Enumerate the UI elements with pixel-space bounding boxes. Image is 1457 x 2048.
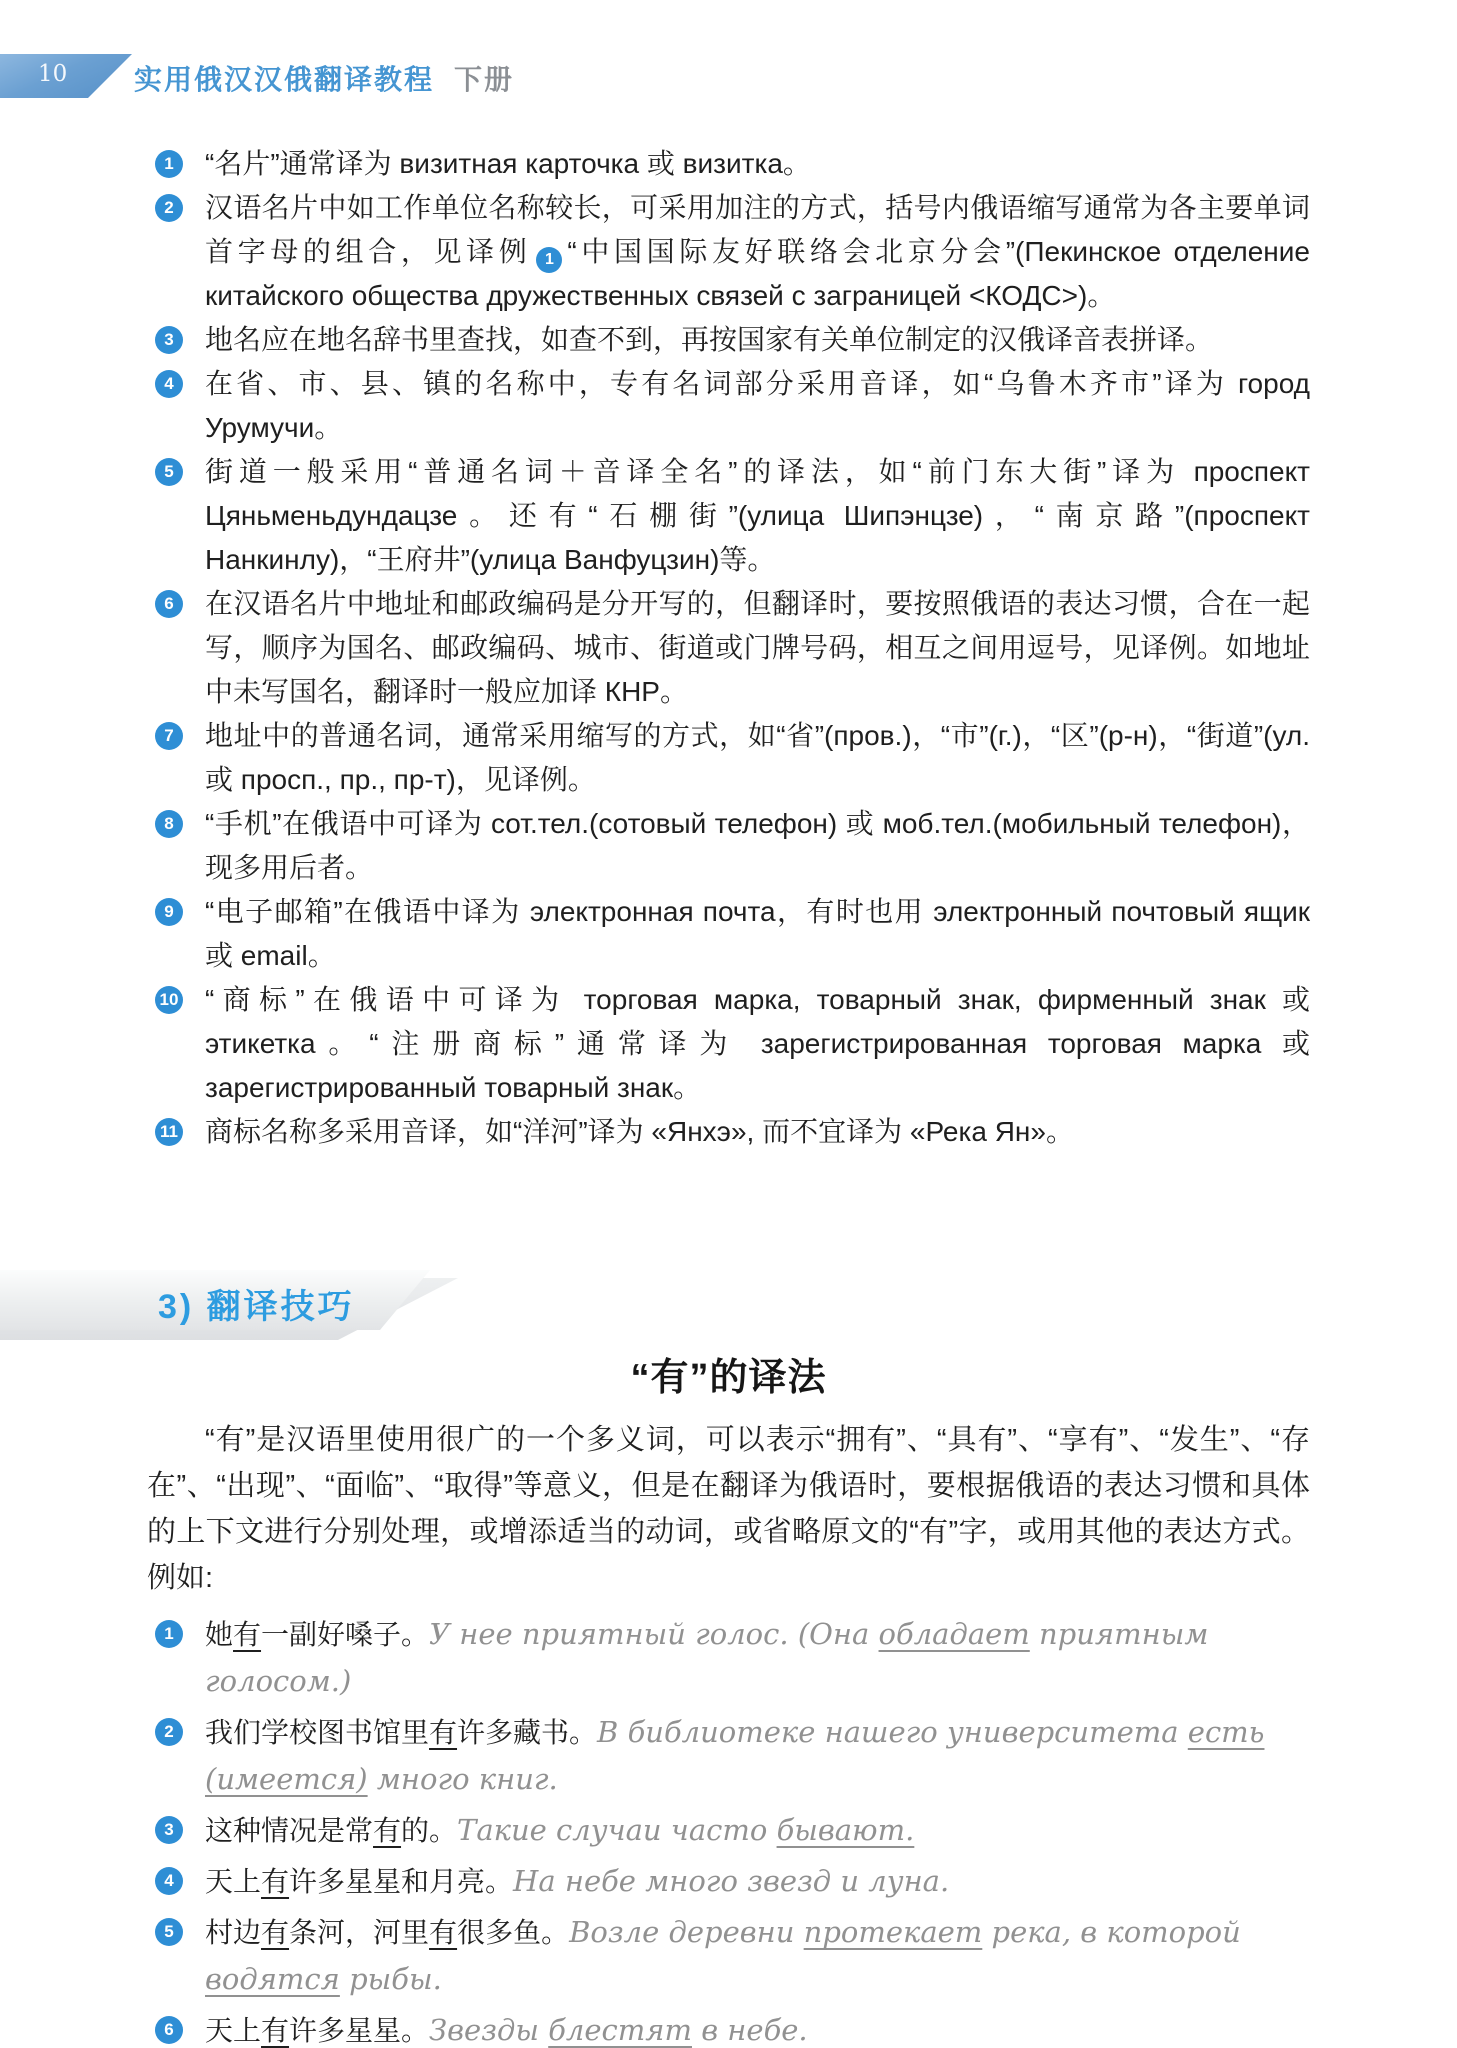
text-segment: 有 bbox=[429, 1917, 457, 1948]
text-segment: 一副好嗓子。 bbox=[261, 1619, 429, 1650]
notes-list: 1 “名片”通常译为 визитная карточка 或 визитка。 … bbox=[147, 142, 1310, 1154]
text-segment: У нее приятный голос. (Она bbox=[429, 1617, 878, 1651]
item-number-badge: 8 bbox=[155, 810, 183, 838]
text-segment: “商标”在俄语中可译为 торговая марка, товарный зна… bbox=[205, 984, 1310, 1103]
text-segment: 村边 bbox=[205, 1917, 261, 1948]
text-segment: 地名应在地名辞书里查找，如查不到，再按国家有关单位制定的汉俄译音表拼译。 bbox=[205, 324, 1213, 355]
item-text: 街道一般采用“普通名词＋音译全名”的译法，如“前门东大街”译为 проспект… bbox=[205, 456, 1310, 575]
volume-label: 下册 bbox=[454, 64, 514, 95]
text-segment: 很多鱼。 bbox=[457, 1917, 569, 1948]
text-segment: есть bbox=[1188, 1715, 1265, 1749]
item-number-badge: 3 bbox=[155, 1816, 183, 1844]
item-text: 天上有许多星星。Звезды блестят в небе. bbox=[205, 2015, 808, 2046]
item-number-badge: 10 bbox=[155, 986, 183, 1014]
list-item: 3 地名应在地名辞书里查找，如查不到，再按国家有关单位制定的汉俄译音表拼译。 bbox=[147, 318, 1310, 362]
text-segment: река, в которой bbox=[982, 1915, 1241, 1949]
text-segment: 我们学校图书馆里 bbox=[205, 1717, 429, 1748]
item-number-badge: 1 bbox=[155, 150, 183, 178]
text-segment: 商标名称多采用音译，如“洋河”译为 «Янхэ», 而不宜译为 «Река Ян… bbox=[205, 1116, 1074, 1147]
text-segment: На небе много звезд и луна. bbox=[513, 1864, 949, 1898]
text-segment: “名片”通常译为 визитная карточка 或 визитка。 bbox=[205, 148, 811, 179]
text-segment: 天上 bbox=[205, 1866, 261, 1897]
item-number-badge: 5 bbox=[155, 1918, 183, 1946]
text-segment: 条河，河里 bbox=[289, 1917, 429, 1948]
text-segment: “手机”在俄语中可译为 сот.тел.(сотовый телефон) 或 … bbox=[205, 808, 1310, 883]
item-text: “手机”在俄语中可译为 сот.тел.(сотовый телефон) 或 … bbox=[205, 808, 1310, 883]
text-segment: 有 bbox=[261, 1866, 289, 1897]
list-item: 6 在汉语名片中地址和邮政编码是分开写的，但翻译时，要按照俄语的表达习惯，合在一… bbox=[147, 582, 1310, 714]
item-number-badge: 6 bbox=[155, 2016, 183, 2044]
intro-paragraph: “有”是汉语里使用很广的一个多义词，可以表示“拥有”、“具有”、“享有”、“发生… bbox=[147, 1417, 1310, 1601]
list-item: 11 商标名称多采用音译，如“洋河”译为 «Янхэ», 而不宜译为 «Река… bbox=[147, 1110, 1310, 1154]
text-segment: 有 bbox=[429, 1717, 457, 1748]
item-number-badge: 1 bbox=[155, 1620, 183, 1648]
text-segment: водятся bbox=[205, 1962, 340, 1996]
text-segment: 地址中的普通名词，通常采用缩写的方式，如“省”(пров.)，“市”(г.)，“… bbox=[205, 720, 1310, 795]
item-text: 商标名称多采用音译，如“洋河”译为 «Янхэ», 而不宜译为 «Река Ян… bbox=[205, 1116, 1074, 1147]
list-item: 5 村边有条河，河里有很多鱼。Возле деревни протекает р… bbox=[147, 1909, 1310, 2003]
text-segment: Возле деревни bbox=[569, 1915, 804, 1949]
page-number: 10 bbox=[38, 61, 67, 87]
text-segment: 有 bbox=[373, 1815, 401, 1846]
item-number-badge: 2 bbox=[155, 194, 183, 222]
text-segment: в небе. bbox=[692, 2013, 808, 2047]
text-segment: 许多星星。 bbox=[289, 2015, 429, 2046]
page-content: 1 “名片”通常译为 визитная карточка 或 визитка。 … bbox=[0, 0, 1457, 1154]
item-number-badge: 5 bbox=[155, 458, 183, 486]
list-item: 1 她有一副好嗓子。У нее приятный голос. (Она обл… bbox=[147, 1611, 1310, 1705]
item-number-badge: 7 bbox=[155, 722, 183, 750]
text-segment: 在汉语名片中地址和邮政编码是分开写的，但翻译时，要按照俄语的表达习惯，合在一起写… bbox=[205, 588, 1310, 707]
item-number-badge: 9 bbox=[155, 898, 183, 926]
text-segment: 在省、市、县、镇的名称中，专有名词部分采用音译，如“乌鲁木齐市”译为 город… bbox=[205, 368, 1310, 443]
item-text: 汉语名片中如工作单位名称较长，可采用加注的方式，括号内俄语缩写通常为各主要单词首… bbox=[205, 192, 1310, 311]
text-segment: много книг. bbox=[368, 1762, 558, 1796]
text-segment: 她 bbox=[205, 1619, 233, 1650]
item-text: 她有一副好嗓子。У нее приятный голос. (Она облад… bbox=[205, 1619, 1208, 1697]
text-segment: 许多藏书。 bbox=[457, 1717, 597, 1748]
list-item: 3 这种情况是常有的。Такие случаи часто бывают. bbox=[147, 1807, 1310, 1854]
section-title: 3) 翻译技巧 bbox=[158, 1279, 355, 1328]
list-item: 5 街道一般采用“普通名词＋音译全名”的译法，如“前门东大街”译为 проспе… bbox=[147, 450, 1310, 582]
item-text: 这种情况是常有的。Такие случаи часто бывают. bbox=[205, 1815, 914, 1846]
text-segment: 许多星星和月亮。 bbox=[289, 1866, 513, 1897]
list-item: 2 汉语名片中如工作单位名称较长，可采用加注的方式，括号内俄语缩写通常为各主要单… bbox=[147, 186, 1310, 318]
list-item: 4 在省、市、县、镇的名称中，专有名词部分采用音译，如“乌鲁木齐市”译为 гор… bbox=[147, 362, 1310, 450]
text-segment: (имеется) bbox=[205, 1762, 368, 1796]
item-number-badge: 4 bbox=[155, 370, 183, 398]
text-segment: обладает bbox=[879, 1617, 1030, 1651]
examples-list: 1 她有一副好嗓子。У нее приятный голос. (Она обл… bbox=[147, 1611, 1310, 2048]
text-segment: “电子邮箱”在俄语中译为 электронная почта，有时也用 элек… bbox=[205, 896, 1310, 971]
page-header: 10 实用俄汉汉俄翻译教程下册 bbox=[0, 54, 1457, 102]
section-content: “有”的译法 “有”是汉语里使用很广的一个多义词，可以表示“拥有”、“具有”、“… bbox=[0, 1346, 1457, 2048]
item-text: 在省、市、县、镇的名称中，专有名词部分采用音译，如“乌鲁木齐市”译为 город… bbox=[205, 368, 1310, 443]
list-item: 1 “名片”通常译为 визитная карточка 或 визитка。 bbox=[147, 142, 1310, 186]
item-text: “名片”通常译为 визитная карточка 或 визитка。 bbox=[205, 148, 811, 179]
list-item: 10 “商标”在俄语中可译为 торговая марка, товарный … bbox=[147, 978, 1310, 1110]
item-text: 我们学校图书馆里有许多藏书。В библиотеке нашего универ… bbox=[205, 1717, 1264, 1795]
subsection-title: “有”的译法 bbox=[147, 1346, 1310, 1401]
item-text: “商标”在俄语中可译为 торговая марка, товарный зна… bbox=[205, 984, 1310, 1103]
item-number-badge: 6 bbox=[155, 590, 183, 618]
book-title-text: 实用俄汉汉俄翻译教程 bbox=[134, 64, 434, 95]
item-number-badge: 2 bbox=[155, 1718, 183, 1746]
item-text: 天上有许多星星和月亮。На небе много звезд и луна. bbox=[205, 1866, 949, 1897]
page-number-tab: 10 bbox=[0, 54, 132, 98]
list-item: 9 “电子邮箱”在俄语中译为 электронная почта，有时也用 эл… bbox=[147, 890, 1310, 978]
item-text: 地址中的普通名词，通常采用缩写的方式，如“省”(пров.)，“市”(г.)，“… bbox=[205, 720, 1310, 795]
text-segment: 这种情况是常 bbox=[205, 1815, 373, 1846]
text-segment: 有 bbox=[261, 2015, 289, 2046]
item-number-badge: 4 bbox=[155, 1867, 183, 1895]
list-item: 7 地址中的普通名词，通常采用缩写的方式，如“省”(пров.)，“市”(г.)… bbox=[147, 714, 1310, 802]
item-text: “电子邮箱”在俄语中译为 электронная почта，有时也用 элек… bbox=[205, 896, 1310, 971]
item-number-badge: 3 bbox=[155, 326, 183, 354]
inline-example-badge: 1 bbox=[536, 247, 562, 273]
list-item: 4 天上有许多星星和月亮。На небе много звезд и луна. bbox=[147, 1858, 1310, 1905]
text-segment: рыбы. bbox=[340, 1962, 442, 1996]
item-text: 村边有条河，河里有很多鱼。Возле деревни протекает рек… bbox=[205, 1917, 1241, 1995]
text-segment: 有 bbox=[233, 1619, 261, 1650]
text-segment: 街道一般采用“普通名词＋音译全名”的译法，如“前门东大街”译为 проспект… bbox=[205, 456, 1310, 575]
section-banner: 3) 翻译技巧 bbox=[0, 1270, 1457, 1336]
text-segment: В библиотеке нашего университета bbox=[597, 1715, 1188, 1749]
list-item: 6 天上有许多星星。Звезды блестят в небе. bbox=[147, 2007, 1310, 2048]
item-text: 在汉语名片中地址和邮政编码是分开写的，但翻译时，要按照俄语的表达习惯，合在一起写… bbox=[205, 588, 1310, 707]
text-segment: Такие случаи часто bbox=[457, 1813, 777, 1847]
text-segment: 天上 bbox=[205, 2015, 261, 2046]
text-segment: 的。 bbox=[401, 1815, 457, 1846]
text-segment: бывают. bbox=[777, 1813, 915, 1847]
text-segment: 有 bbox=[261, 1917, 289, 1948]
list-item: 2 我们学校图书馆里有许多藏书。В библиотеке нашего унив… bbox=[147, 1709, 1310, 1803]
text-segment: Звезды bbox=[429, 2013, 548, 2047]
text-segment: протекает bbox=[804, 1915, 983, 1949]
item-number-badge: 11 bbox=[155, 1118, 183, 1146]
list-item: 8 “手机”在俄语中可译为 сот.тел.(сотовый телефон) … bbox=[147, 802, 1310, 890]
text-segment: блестят bbox=[548, 2013, 692, 2047]
item-text: 地名应在地名辞书里查找，如查不到，再按国家有关单位制定的汉俄译音表拼译。 bbox=[205, 324, 1213, 355]
book-title: 实用俄汉汉俄翻译教程下册 bbox=[134, 58, 514, 98]
